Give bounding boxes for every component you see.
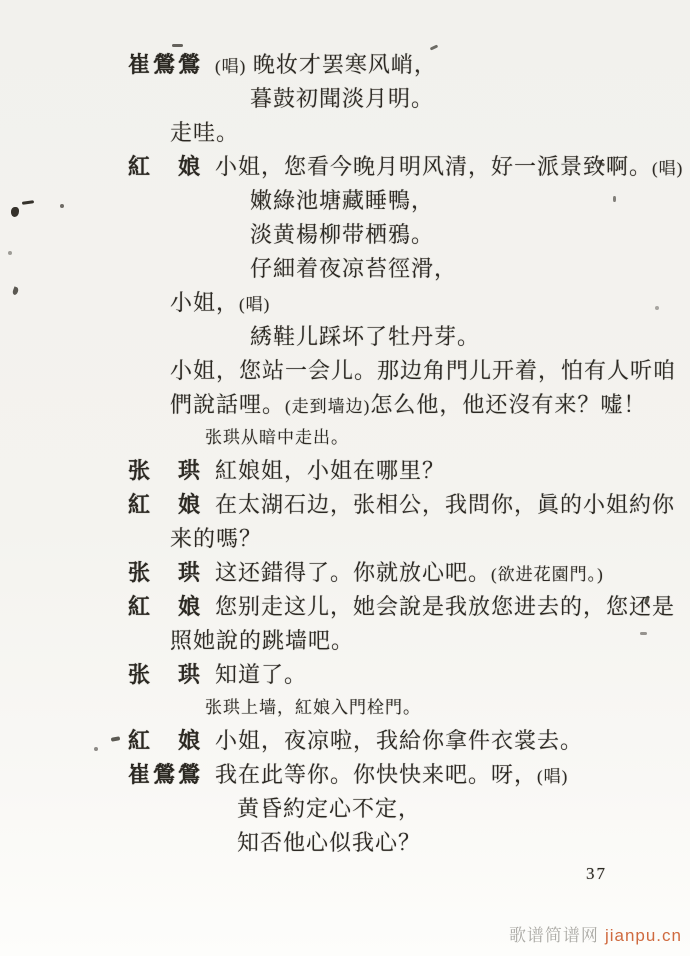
script-line: 小姐，您站一会儿。那边角門儿开着，怕有人听咱 (0, 356, 690, 390)
dialogue-text: 仔細着夜凉苔徑滑， (250, 256, 457, 281)
script-line: 淡黄楊柳带栖鴉。 (0, 220, 690, 254)
dialogue-text: 嫩綠池塘藏睡鴨， (250, 188, 434, 213)
stage-text: 张珙上墙，紅娘入門栓門。 (205, 698, 421, 717)
stage-direction: 张珙上墙，紅娘入門栓門。 (0, 694, 690, 726)
speaker-name: 张 珙 (128, 558, 215, 588)
speaker-name: 紅 娘 (128, 152, 215, 182)
page-number: 37 (586, 864, 607, 884)
script-line: 走哇。 (0, 118, 690, 152)
dialogue-text: 紅娘姐，小姐在哪里？ (215, 458, 445, 483)
inline-stage-note: (唱) (239, 295, 270, 314)
inline-stage-note: (走到墙边) (285, 397, 370, 416)
stage-direction: 张珙从暗中走出。 (0, 424, 690, 456)
watermark-site-url: jianpu.cn (605, 926, 682, 945)
dialogue-text: 知道了。 (215, 662, 307, 687)
script-line: 嫩綠池塘藏睡鴨， (0, 186, 690, 220)
script-line: 知否他心似我心？ (0, 828, 690, 862)
speaker-name: 张 珙 (128, 456, 215, 486)
dialogue-text: (唱) 晚妆才罢寒风峭， (215, 52, 437, 77)
script-line: 照她說的跳墙吧。 (0, 626, 690, 660)
script-line: 张 珙紅娘姐，小姐在哪里？ (0, 456, 690, 490)
dialogue-text: 小姐，您看今晚月明风清，好一派景致啊。(唱) (215, 154, 683, 179)
dialogue-text: 綉鞋儿踩坏了牡丹芽。 (250, 324, 480, 349)
dialogue-text: 小姐，(唱) (170, 290, 270, 315)
dialogue-text: 在太湖石边，张相公，我問你，眞的小姐約你 (215, 492, 675, 517)
scan-speck (172, 44, 183, 47)
scanned-script-page: 崔鶯鶯(唱) 晚妆才罢寒风峭，暮鼓初聞淡月明。走哇。紅 娘小姐，您看今晚月明风清… (0, 0, 690, 956)
script-line: 张 珙这还錯得了。你就放心吧。(欲进花園門。) (0, 558, 690, 592)
dialogue-text: 淡黄楊柳带栖鴉。 (250, 222, 434, 247)
script-line: 仔細着夜凉苔徑滑， (0, 254, 690, 288)
inline-stage-note: (唱) (537, 767, 568, 786)
scan-speck (640, 632, 647, 635)
inline-stage-note: (唱) (215, 57, 246, 76)
dialogue-text: 小姐，您站一会儿。那边角門儿开着，怕有人听咱 (170, 358, 676, 383)
watermark: 歌谱简谱网jianpu.cn (509, 921, 682, 946)
speaker-name: 崔鶯鶯 (128, 760, 215, 790)
dialogue-text: 来的嗎？ (170, 526, 262, 551)
script-line: 暮鼓初聞淡月明。 (0, 84, 690, 118)
speaker-name: 崔鶯鶯 (128, 50, 215, 80)
dialogue-text: 暮鼓初聞淡月明。 (250, 86, 434, 111)
script-line: 来的嗎？ (0, 524, 690, 558)
script-line: 紅 娘小姐，夜凉啦，我給你拿件衣裳去。 (0, 726, 690, 760)
scan-speck (8, 251, 12, 255)
script-line: 們說話哩。(走到墙边)怎么他，他还沒有来？嘘！ (0, 390, 690, 424)
dialogue-text: 您别走这儿，她会說是我放您进去的，您还是 (215, 594, 675, 619)
inline-stage-note: (欲进花園門。) (491, 565, 604, 584)
script-line: 小姐，(唱) (0, 288, 690, 322)
dialogue-text: 这还錯得了。你就放心吧。(欲进花園門。) (215, 560, 604, 585)
script-line: 紅 娘您别走这儿，她会說是我放您进去的，您还是 (0, 592, 690, 626)
script-line: 崔鶯鶯我在此等你。你快快来吧。呀，(唱) (0, 760, 690, 794)
scan-speck (655, 306, 659, 310)
script-line: 张 珙知道了。 (0, 660, 690, 694)
speaker-name: 张 珙 (128, 660, 215, 690)
dialogue-text: 走哇。 (170, 120, 239, 145)
scan-speck (60, 204, 64, 208)
dialogue-text: 黄昏約定心不定， (237, 796, 421, 821)
dialogue-text: 照她說的跳墙吧。 (170, 628, 354, 653)
speaker-name: 紅 娘 (128, 726, 215, 756)
speaker-name: 紅 娘 (128, 490, 215, 520)
dialogue-text: 知否他心似我心？ (237, 830, 421, 855)
scan-speck (94, 747, 98, 751)
watermark-site-name: 歌谱简谱网 (509, 926, 599, 945)
script-line: 紅 娘小姐，您看今晚月明风清，好一派景致啊。(唱) (0, 152, 690, 186)
script-text-block: 崔鶯鶯(唱) 晚妆才罢寒风峭，暮鼓初聞淡月明。走哇。紅 娘小姐，您看今晚月明风清… (0, 50, 690, 862)
speaker-name: 紅 娘 (128, 592, 215, 622)
script-line: 黄昏約定心不定， (0, 794, 690, 828)
script-line: 綉鞋儿踩坏了牡丹芽。 (0, 322, 690, 356)
inline-stage-note: (唱) (652, 159, 683, 178)
dialogue-text: 們說話哩。(走到墙边)怎么他，他还沒有来？嘘！ (170, 392, 646, 417)
dialogue-text: 我在此等你。你快快来吧。呀，(唱) (215, 762, 568, 787)
script-line: 紅 娘在太湖石边，张相公，我問你，眞的小姐約你 (0, 490, 690, 524)
scan-speck (613, 196, 616, 202)
dialogue-text: 小姐，夜凉啦，我給你拿件衣裳去。 (215, 728, 583, 753)
stage-text: 张珙从暗中走出。 (205, 428, 349, 447)
script-line: 崔鶯鶯(唱) 晚妆才罢寒风峭， (0, 50, 690, 84)
